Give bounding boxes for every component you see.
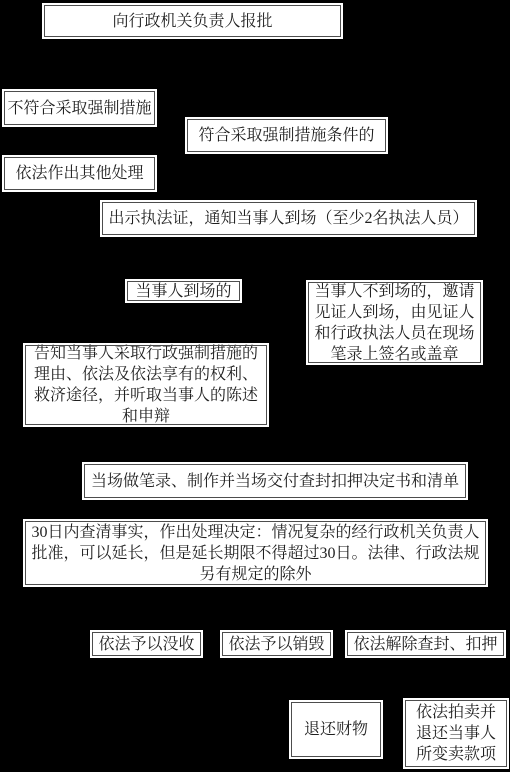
node-show-credentials: 出示执法证，通知当事人到场（至少2名执法人员）	[100, 200, 477, 237]
node-not-qualified: 不符合采取强制措施	[2, 89, 157, 127]
node-inform-rights: 告知当事人采取行政强制措施的 理由、依法及依法享有的权利、 救济途径，并听取当事…	[23, 343, 269, 427]
node-party-absent-witness: 当事人不到场的，邀请 见证人到场，由见证人 和行政执法人员在现场 笔录上签名或盖…	[306, 280, 483, 365]
node-destroy: 依法予以销毁	[220, 630, 333, 658]
node-qualified: 符合采取强制措施条件的	[185, 117, 388, 154]
node-lift-seizure: 依法解除查封、扣押	[345, 630, 506, 658]
node-thirty-day-decision: 30日内查清事实，作出处理决定：情况复杂的经行政机关负责人 批准，可以延长，但是…	[23, 519, 488, 587]
flowchart-canvas: 向行政机关负责人报批 不符合采取强制措施 符合采取强制措施条件的 依法作出其他处…	[0, 0, 510, 772]
node-onsite-record: 当场做笔录、制作并当场交付查封扣押决定书和清单	[82, 462, 468, 500]
node-return-property: 退还财物	[289, 700, 383, 759]
node-party-present: 当事人到场的	[125, 279, 242, 303]
node-other-handling: 依法作出其他处理	[2, 155, 157, 192]
node-report-approval: 向行政机关负责人报批	[42, 3, 343, 39]
node-confiscate: 依法予以没收	[90, 630, 203, 658]
node-auction-refund: 依法拍卖并 退还当事人 所变卖款项	[403, 698, 509, 769]
